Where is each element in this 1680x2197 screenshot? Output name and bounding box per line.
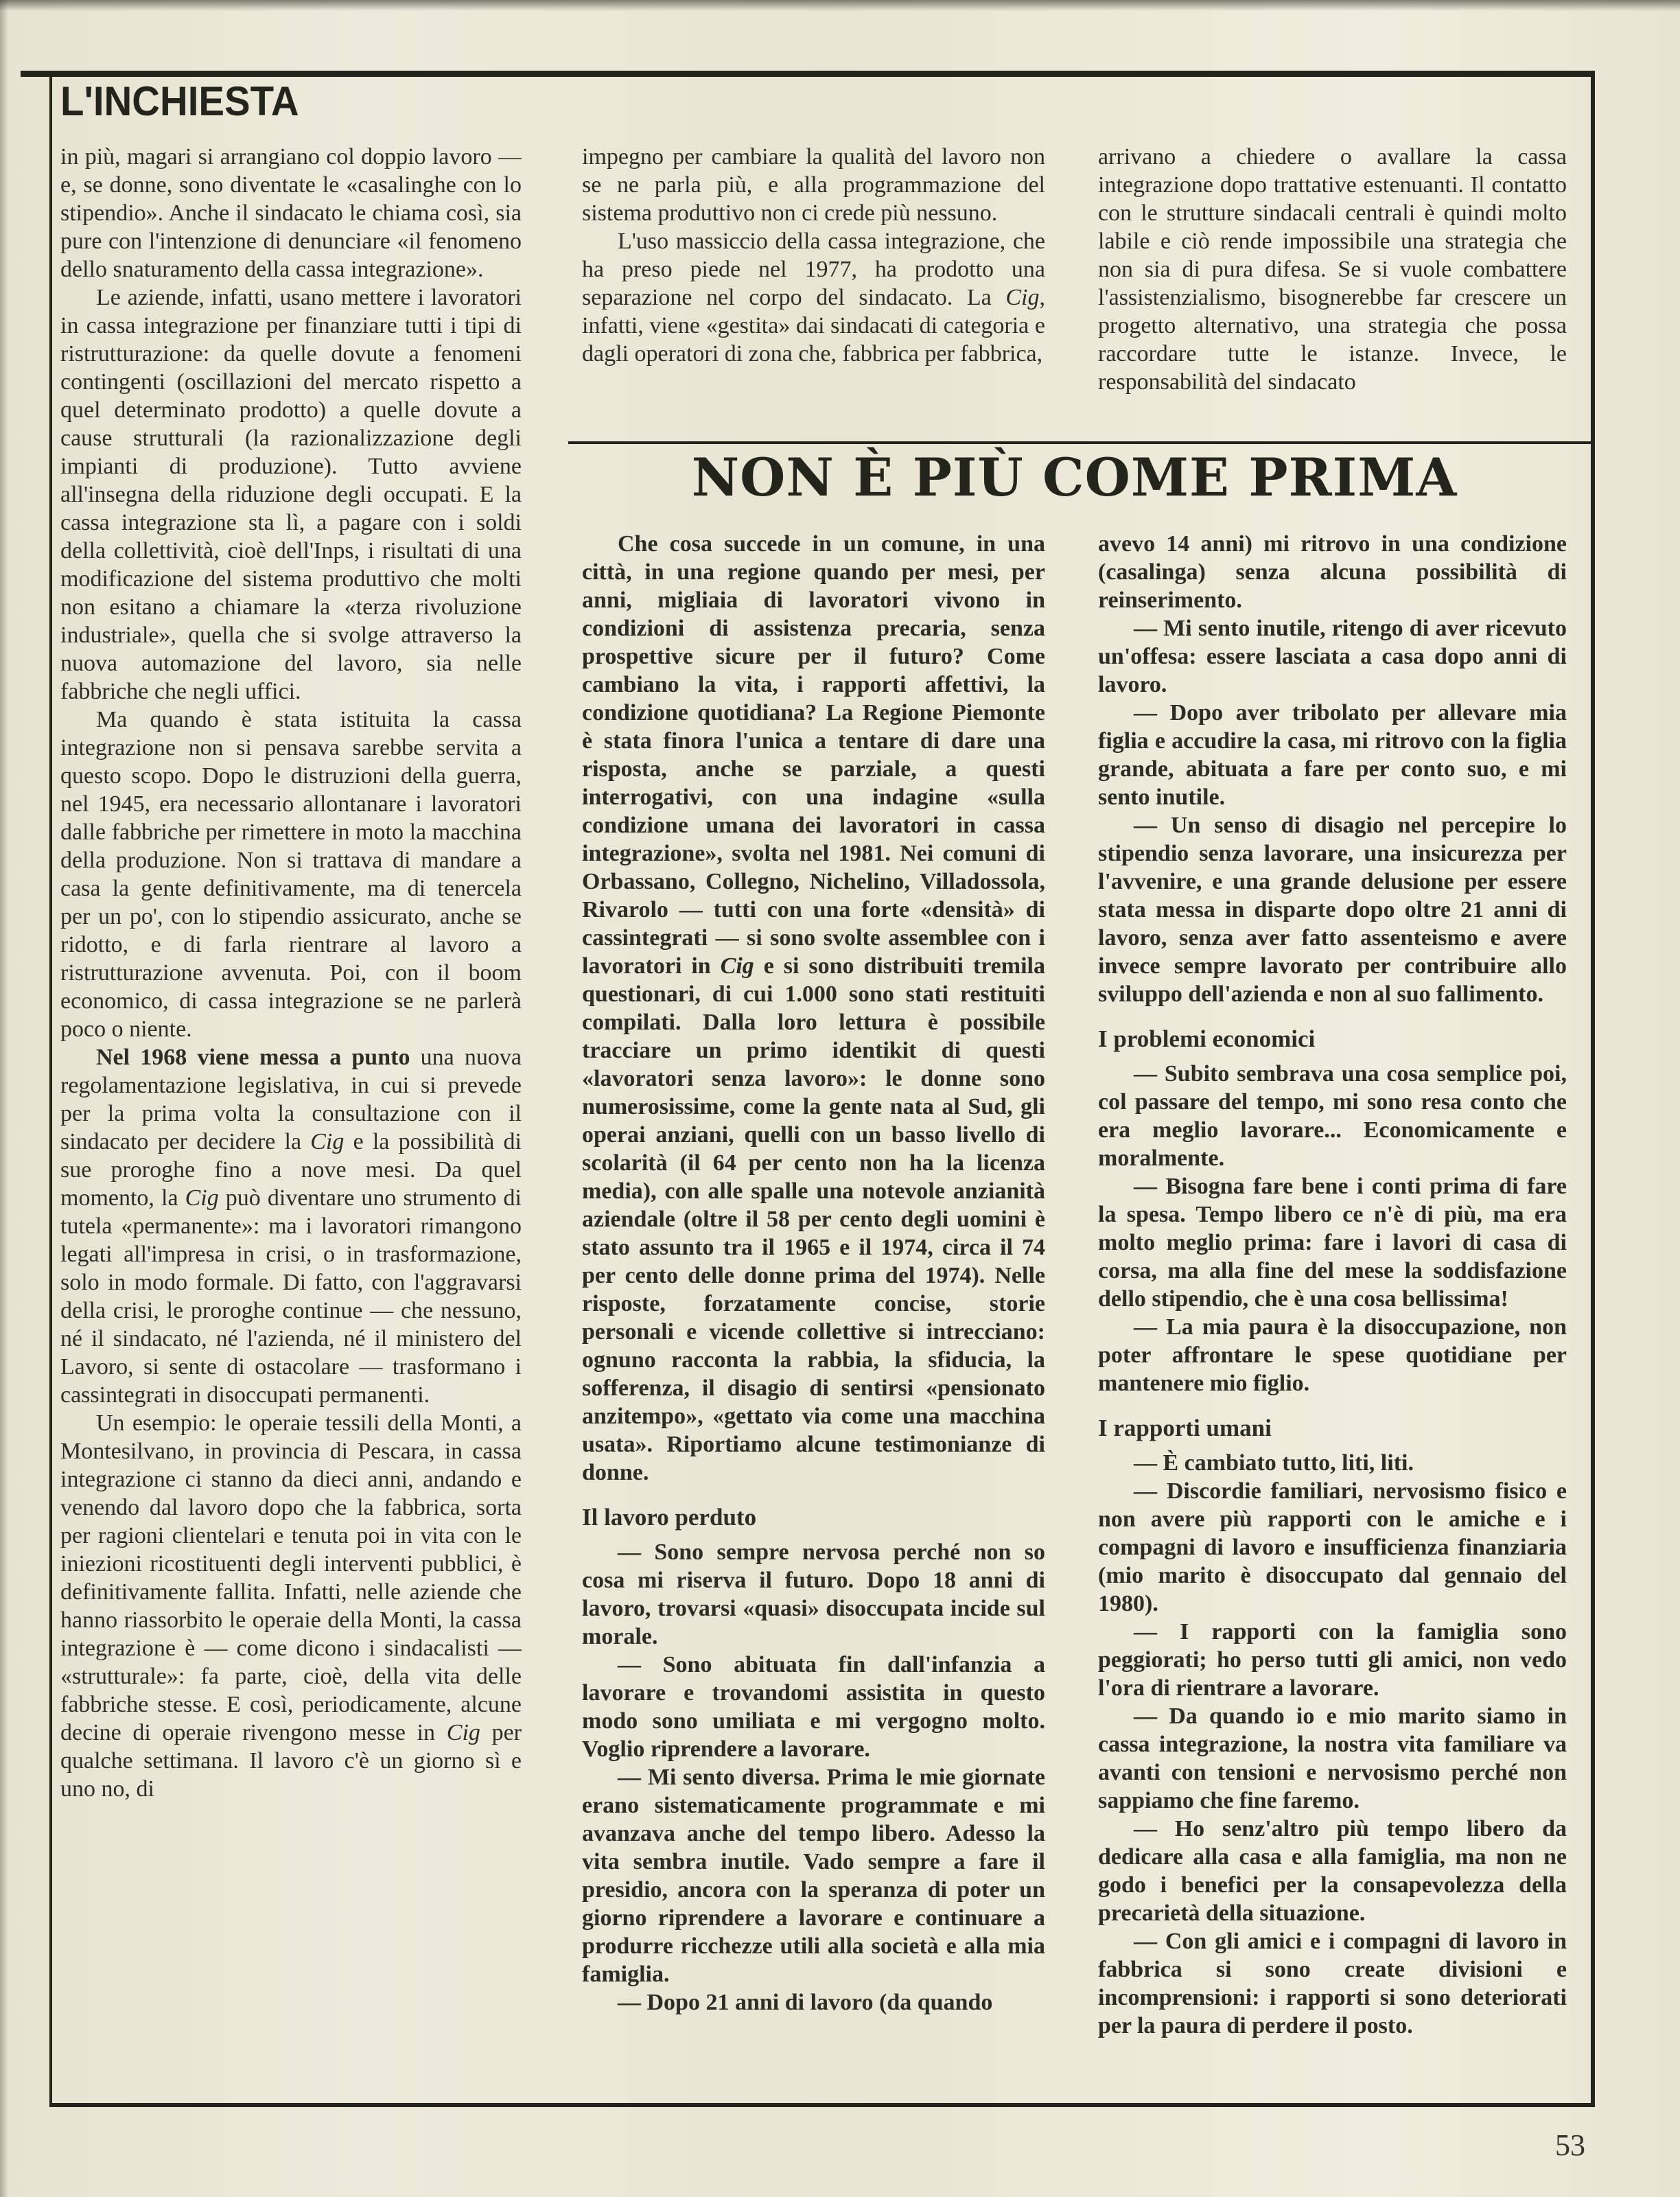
paragraph: Le aziende, infatti, usano mettere i lav… [60, 283, 522, 706]
paragraph: — Da quando io e mio marito siamo in cas… [1098, 1702, 1567, 1815]
paragraph: L'uso massiccio della cassa integrazione… [582, 227, 1045, 368]
paragraph: — Ho senz'altro più tempo libero da dedi… [1098, 1815, 1567, 1927]
paragraph: Un esempio: le operaie tessili della Mon… [60, 1409, 522, 1803]
paragraph: Che cosa succede in un comune, in una ci… [582, 530, 1045, 1487]
frame-rule-left [49, 77, 52, 2107]
paragraph: — Un senso di disagio nel percepire lo s… [1098, 811, 1567, 1008]
article-headline: NON È PIÙ COME PRIMA [582, 449, 1567, 507]
paragraph: — Sono sempre nervosa perché non so cosa… [582, 1538, 1045, 1651]
article-column-right-top: arrivano a chiedere o avallare la cassa … [1098, 143, 1567, 437]
inset-section-rule-top [568, 441, 1591, 444]
paragraph: — Con gli amici e i compagni di lavoro i… [1098, 1927, 1567, 2040]
paragraph: Nel 1968 viene messa a punto una nuova r… [60, 1043, 522, 1409]
frame-rule-right [1591, 71, 1595, 2107]
testimonial-column-left: Che cosa succede in un comune, in una ci… [582, 530, 1045, 2096]
paragraph: arrivano a chiedere o avallare la cassa … [1098, 143, 1567, 396]
paragraph: — I rapporti con la famiglia sono peggio… [1098, 1618, 1567, 1702]
frame-rule-bottom [49, 2103, 1595, 2107]
paragraph: — Discordie familiari, nervosismo fisico… [1098, 1477, 1567, 1618]
paragraph: impegno per cambiare la qualità del lavo… [582, 143, 1045, 227]
paragraph: — Dopo 21 anni di lavoro (da quando [582, 1988, 1045, 2016]
paragraph: avevo 14 anni) mi ritrovo in una condizi… [1098, 530, 1567, 614]
paragraph: Ma quando è stata istituita la cassa int… [60, 706, 522, 1043]
testimonial-column-right: avevo 14 anni) mi ritrovo in una condizi… [1098, 530, 1567, 2096]
frame-rule-top [21, 71, 1595, 77]
subheading: Il lavoro perduto [582, 1503, 1045, 1531]
paragraph: — Sono abituata fin dall'infanzia a lavo… [582, 1651, 1045, 1763]
subheading: I rapporti umani [1098, 1414, 1567, 1442]
article-column-left: in più, magari si arrangiano col doppio … [60, 143, 522, 2099]
subheading: I problemi economici [1098, 1025, 1567, 1053]
paragraph: in più, magari si arrangiano col doppio … [60, 143, 522, 283]
paragraph: — Mi sento inutile, ritengo di aver rice… [1098, 614, 1567, 699]
scan-edge-shadow-left [0, 0, 8, 2197]
paragraph: — La mia paura è la disoccupazione, non … [1098, 1313, 1567, 1397]
paragraph: — Subito sembrava una cosa semplice poi,… [1098, 1060, 1567, 1172]
page-number: 53 [1510, 2128, 1585, 2163]
section-kicker: L'INCHIESTA [60, 81, 299, 122]
article-column-middle-top: impegno per cambiare la qualità del lavo… [582, 143, 1045, 437]
scan-edge-shadow-top [0, 0, 1680, 11]
magazine-page-scan: { "page": { "kicker": "L'INCHIESTA", "he… [0, 0, 1680, 2197]
paragraph: — Dopo aver tribolato per allevare mia f… [1098, 699, 1567, 811]
paragraph: — Bisogna fare bene i conti prima di far… [1098, 1172, 1567, 1313]
paragraph: — È cambiato tutto, liti, liti. [1098, 1449, 1567, 1477]
paragraph: — Mi sento diversa. Prima le mie giornat… [582, 1763, 1045, 1988]
